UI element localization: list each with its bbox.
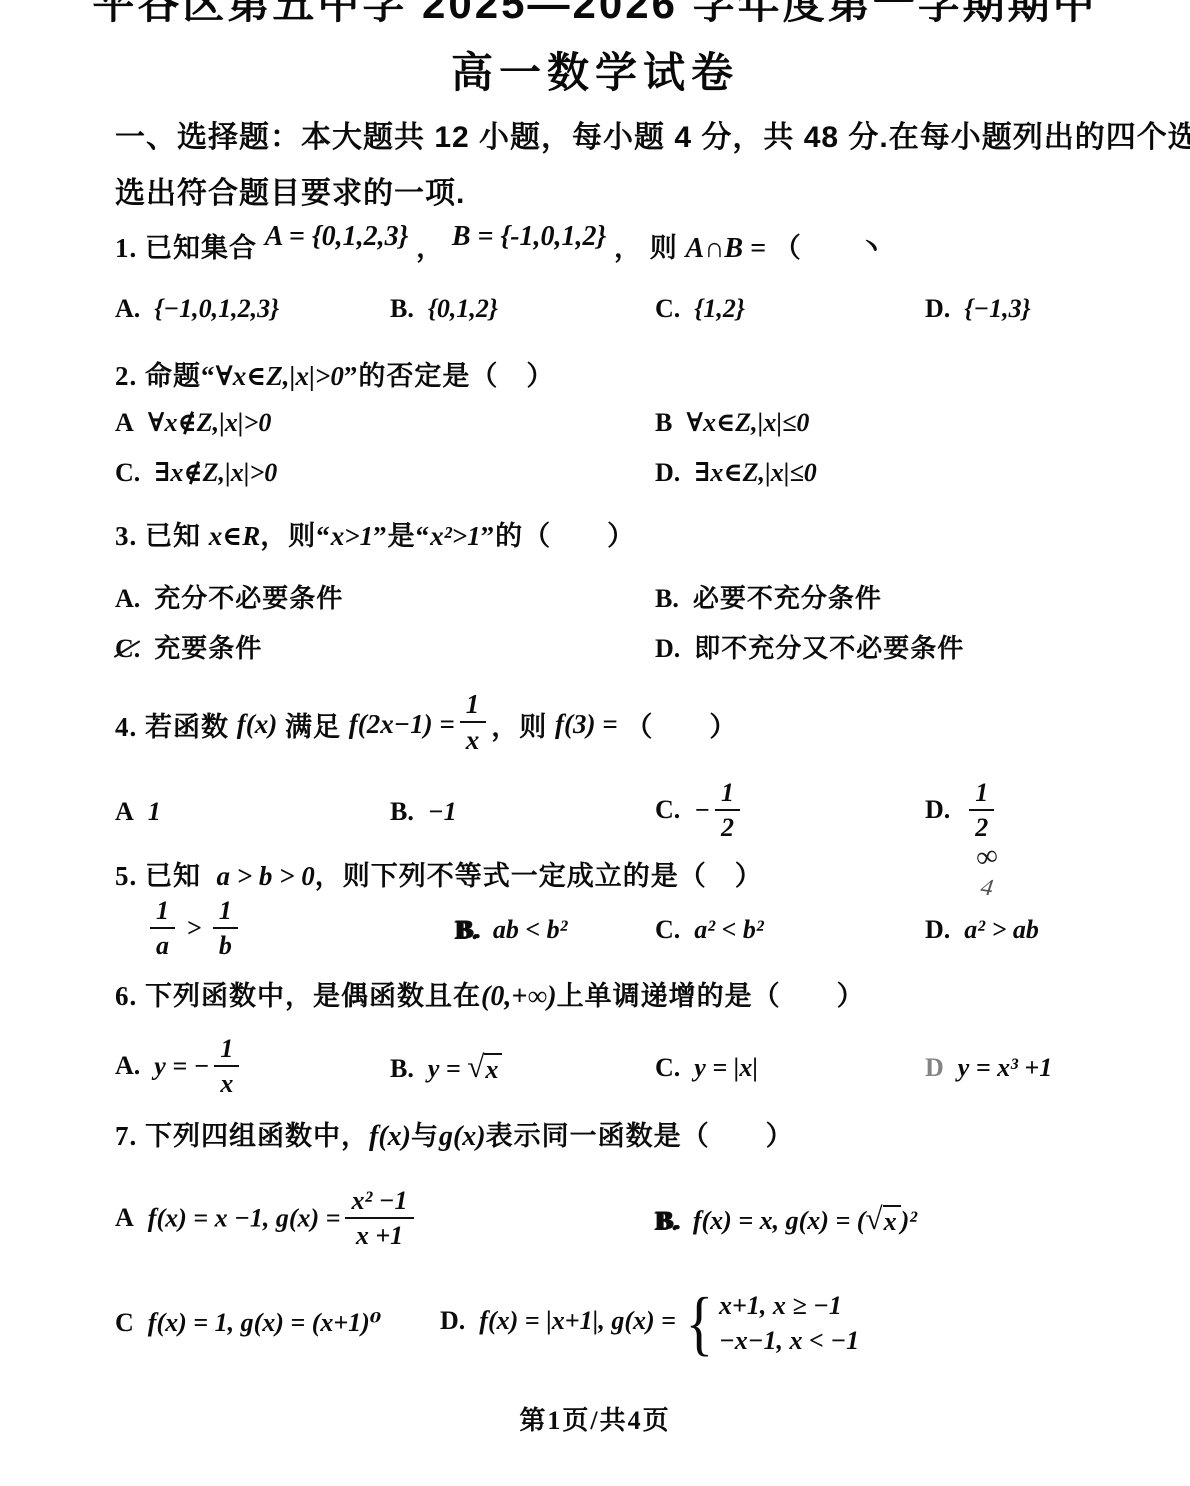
question-1-options: A.{−1,0,1,2,3} B.{0,1,2} C.{1,2} D.{−1,3… (115, 294, 1120, 324)
option-text: {−1,3} (964, 294, 1030, 323)
q4-answer-blank: （ ） (625, 705, 737, 744)
option-formula: a² < b² (694, 915, 763, 944)
q4-option-d-fraction: 12 (969, 779, 994, 842)
q4-text-mid-1: 满足 (285, 705, 341, 744)
square-root: √x (865, 1203, 900, 1237)
option-letter: C. (655, 294, 680, 323)
q3-math-2: x>1 (331, 521, 373, 551)
q3-option-d: D.即不充分又不必要条件 (655, 628, 1120, 665)
q2-text-post: ”的否定是（ ） (344, 361, 555, 391)
fraction-denominator: x +1 (356, 1219, 403, 1249)
option-letter: D. (655, 634, 680, 663)
relation-sign: > (187, 913, 202, 942)
option-letter: D (925, 1053, 944, 1082)
q6-option-d: Dy = x³ +1 (925, 1053, 1120, 1083)
option-text: {−1,0,1,2,3} (154, 294, 279, 323)
fraction-numerator: 1 (969, 779, 994, 811)
q3-text-mid-1: ，则“ (260, 521, 331, 551)
question-7-options-row-1: Af(x) = x −1, g(x) =x² −1x +1 B.f(x) = x… (115, 1172, 1120, 1268)
question-4-stem: 4. 若函数 f(x) 满足 f(2x−1) = 1x ，则 f(3) = （ … (115, 682, 1120, 766)
option-text: 充分不必要条件 (154, 584, 343, 613)
fraction-numerator: 1 (715, 779, 740, 811)
q1-text-pre: 1. 已知集合 (115, 233, 257, 263)
q1-set-b: B = {-1,0,1,2} (452, 221, 606, 252)
piecewise-function: { x+1, x ≥ −1 −x−1, x < −1 (682, 1288, 859, 1358)
option-text: 即不充分又不必要条件 (694, 634, 964, 663)
q6-option-b: B.y = √x (390, 1051, 655, 1085)
q7-option-a-fraction: x² −1x +1 (345, 1187, 413, 1250)
option-letter: C (115, 1308, 134, 1337)
q4-fraction: 1x (460, 690, 487, 755)
option-formula: y = x³ +1 (958, 1053, 1052, 1082)
q7-option-a: Af(x) = x −1, g(x) =x² −1x +1 (115, 1189, 655, 1252)
option-text: 1 (148, 797, 161, 826)
option-formula-pre: y = − (154, 1051, 209, 1080)
radicand: x (883, 1205, 901, 1237)
option-letter: A (115, 1203, 134, 1232)
option-formula: ∃x∈Z,|x|≤0 (694, 458, 816, 487)
question-2-options-row-2: C.∃x∉Z,|x|>0 D.∃x∈Z,|x|≤0 (115, 458, 1120, 488)
page-number: 第1页/共4页 (0, 1400, 1190, 1437)
q1-comma: ， (416, 233, 444, 263)
option-text: 必要不充分条件 (693, 584, 882, 613)
q6-text-post: 上单调递增的是（ ） (557, 981, 865, 1011)
q5-fraction-1: 1a (150, 897, 175, 960)
fraction-denominator: a (156, 929, 169, 959)
square-root: √x (467, 1051, 502, 1085)
option-letter: A. (115, 1051, 140, 1080)
q7-option-c: Cf(x) = 1, g(x) = (x+1)⁰ (115, 1308, 440, 1338)
q7-option-d: D.f(x) = |x+1|, g(x) = { x+1, x ≥ −1 −x−… (440, 1288, 1120, 1358)
exam-header-text: 平谷区第五中学 2025—2026 学年度第一学期期中 (0, 0, 1190, 34)
q5-option-b: B.ab < b² (455, 915, 655, 945)
q4-text-pre: 4. 若函数 (115, 705, 229, 744)
q3-text-post: ”的（ ） (481, 521, 636, 551)
q1-text-mid: ， 则 (614, 233, 678, 263)
option-formula: f(x) = 1, g(x) = (x+1)⁰ (148, 1308, 381, 1337)
q4-math-2: f(2x−1) = (349, 709, 455, 740)
q4-math-1: f(x) (237, 709, 277, 740)
fraction-denominator: 2 (721, 811, 734, 841)
q1-option-c: C.{1,2} (655, 294, 925, 324)
page-title: 高一数学试卷 (0, 40, 1190, 100)
option-formula-pre: y = (428, 1054, 461, 1083)
q7-option-b: B.f(x) = x, g(x) = (√x)² (655, 1203, 1120, 1237)
option-formula: y = |x| (694, 1053, 758, 1082)
question-4-options: A1 B.−1 C.−12 D.12 (115, 776, 1120, 848)
q3-option-a: A.充分不必要条件 (115, 578, 655, 615)
option-letter: C. (655, 1053, 680, 1082)
q7-text-post: 表示同一函数是（ ） (486, 1121, 794, 1151)
option-formula-post: )² (901, 1206, 917, 1235)
question-3-options-row-2: C.充要条件 D.即不充分又不必要条件 (115, 628, 1120, 665)
option-letter: B. (390, 294, 414, 323)
q5-text-post: ，则下列不等式一定成立的是（ ） (315, 861, 763, 891)
q5-inequality: a > b > 0 (217, 861, 315, 891)
option-text: {1,2} (694, 294, 745, 323)
option-formula: ∃x∉Z,|x|>0 (154, 458, 277, 487)
q2-option-d: D.∃x∈Z,|x|≤0 (655, 458, 1120, 488)
question-6-options: A.y = −1x B.y = √x C.y = |x| Dy = x³ +1 (115, 1028, 1120, 1108)
q4-math-3: f(3) = (555, 709, 618, 740)
q3-math-1: x∈R (209, 521, 261, 551)
option-text: 充要条件 (154, 634, 262, 663)
q3-option-b: B.必要不充分条件 (655, 578, 1120, 615)
radical-sign: √ (865, 1203, 882, 1234)
option-formula-pre: f(x) = x −1, g(x) = (148, 1203, 341, 1232)
option-formula-pre: f(x) = x, g(x) = ( (693, 1206, 866, 1235)
q2-option-c: C.∃x∉Z,|x|>0 (115, 458, 655, 488)
fraction-numerator: x² −1 (345, 1187, 413, 1219)
q6-option-a-fraction: 1x (214, 1035, 239, 1098)
q5-text-pre: 5. 已知 (115, 861, 201, 891)
fraction-denominator: 2 (975, 811, 988, 841)
minus-sign: − (694, 795, 710, 824)
option-letter: D. (655, 458, 680, 487)
piecewise-brace: { (686, 1291, 714, 1356)
piecewise-cases: x+1, x ≥ −1 −x−1, x < −1 (719, 1288, 859, 1358)
q3-text-mid-2: ”是“ (373, 521, 430, 551)
question-2-stem: 2. 命题“∀x∈Z,|x|>0”的否定是（ ） (115, 354, 1120, 393)
q5-option-c: C.a² < b² (655, 915, 925, 945)
q1-option-a: A.{−1,0,1,2,3} (115, 294, 390, 324)
q1-option-d: D.{−1,3} (925, 294, 1120, 324)
q5-fraction-2: 1b (213, 897, 238, 960)
option-letter: C. (115, 634, 140, 664)
option-letter: B (655, 408, 672, 437)
section-intro-line-1: 一、选择题：本大题共 12 小题，每小题 4 分，共 48 分.在每小题列出的四… (115, 112, 1120, 156)
option-text: {0,1,2} (428, 294, 498, 323)
question-3-options-row-1: A.充分不必要条件 B.必要不充分条件 (115, 578, 1120, 615)
section-intro-line-2: 选出符合题目要求的一项. (115, 168, 1120, 212)
fraction-denominator: x (220, 1067, 233, 1097)
q4-option-c: C.−12 (655, 781, 925, 844)
option-letter: A (115, 797, 134, 826)
question-5-options: 1a > 1b B.ab < b² C.a² < b² D.a² > ab (115, 894, 1120, 966)
option-letter: B. (455, 915, 479, 944)
q6-option-a: A.y = −1x (115, 1037, 390, 1100)
q3-math-3: x²>1 (430, 521, 480, 551)
option-letter: B. (655, 584, 679, 613)
fraction-numerator: 1 (214, 1035, 239, 1067)
radicand: x (484, 1053, 502, 1085)
handwritten-scribble: ∞ 4 (952, 842, 1022, 900)
option-formula: ab < b² (493, 915, 568, 944)
q7-text-mid: 与 (411, 1121, 439, 1151)
q4-option-a: A1 (115, 797, 390, 827)
option-letter: B. (390, 1054, 414, 1083)
q6-option-c: C.y = |x| (655, 1053, 925, 1083)
option-letter: C. (115, 458, 140, 487)
q1-set-a: A = {0,1,2,3} (265, 221, 409, 252)
fraction-numerator: 1 (460, 690, 487, 723)
option-formula: ∀x∉Z,|x|>0 (148, 408, 272, 437)
question-7-options-row-2: Cf(x) = 1, g(x) = (x+1)⁰ D.f(x) = |x+1|,… (115, 1280, 1120, 1366)
q2-option-a: A∀x∉Z,|x|>0 (115, 408, 655, 438)
q3-option-c: C.充要条件 (115, 628, 655, 665)
q1-option-b: B.{0,1,2} (390, 294, 655, 324)
piecewise-case-2: −x−1, x < −1 (719, 1323, 859, 1358)
option-letter: B. (655, 1206, 679, 1235)
question-6-stem: 6. 下列函数中，是偶函数且在(0,+∞)上单调递增的是（ ） (115, 974, 1120, 1013)
question-2-options-row-1: A∀x∉Z,|x|>0 B∀x∈Z,|x|≤0 (115, 408, 1120, 438)
option-text: −1 (428, 797, 457, 826)
q7-math-2: g(x) (439, 1121, 486, 1152)
option-letter: A. (115, 294, 140, 323)
clipped-exam-header: 平谷区第五中学 2025—2026 学年度第一学期期中 (0, 0, 1190, 35)
option-formula-pre: f(x) = |x+1|, g(x) = (479, 1306, 676, 1335)
option-letter: D. (925, 795, 950, 824)
fraction-numerator: 1 (150, 897, 175, 929)
q3-text-pre: 3. 已知 (115, 521, 201, 551)
option-letter: D. (925, 915, 950, 944)
option-letter: D. (925, 294, 950, 323)
option-letter: C. (655, 795, 680, 824)
question-3-stem: 3. 已知 x∈R，则“x>1”是“x²>1”的（ ） (115, 514, 1120, 553)
q4-option-c-fraction: 12 (715, 779, 740, 842)
q4-text-mid-2: ，则 (491, 705, 547, 744)
q5-option-d: D.a² > ab (925, 915, 1120, 945)
option-letter: A. (115, 584, 140, 613)
q6-text-pre: 6. 下列函数中，是偶函数且在 (115, 981, 481, 1011)
option-letter: A (115, 408, 134, 437)
q4-option-d: D.12 (925, 781, 1120, 844)
q2-text-pre: 2. 命题“ (115, 361, 216, 391)
q1-answer-blank: （ 丶 (774, 233, 886, 263)
option-letter: B. (390, 797, 414, 826)
option-letter: D. (440, 1306, 465, 1335)
fraction-numerator: 1 (213, 897, 238, 929)
q7-math-1: f(x) (369, 1121, 411, 1152)
option-letter: C. (655, 915, 680, 944)
radical-sign: √ (467, 1051, 484, 1082)
q2-option-b: B∀x∈Z,|x|≤0 (655, 408, 1120, 438)
q6-interval: (0,+∞) (481, 981, 557, 1012)
q4-option-b: B.−1 (390, 797, 655, 827)
question-1-stem: 1. 已知集合 A = {0,1,2,3} ， B = {-1,0,1,2} ，… (115, 226, 1120, 265)
piecewise-case-1: x+1, x ≥ −1 (719, 1288, 859, 1323)
q5-option-a: 1a > 1b (115, 899, 455, 962)
option-formula: a² > ab (964, 915, 1039, 944)
q1-expression: A∩B = (686, 233, 766, 264)
option-formula: ∀x∈Z,|x|≤0 (686, 408, 809, 437)
q7-text-pre: 7. 下列四组函数中， (115, 1121, 369, 1151)
question-7-stem: 7. 下列四组函数中，f(x)与g(x)表示同一函数是（ ） (115, 1114, 1120, 1153)
fraction-denominator: b (219, 929, 232, 959)
q2-proposition: ∀x∈Z,|x|>0 (216, 361, 344, 391)
fraction-denominator: x (466, 723, 481, 754)
